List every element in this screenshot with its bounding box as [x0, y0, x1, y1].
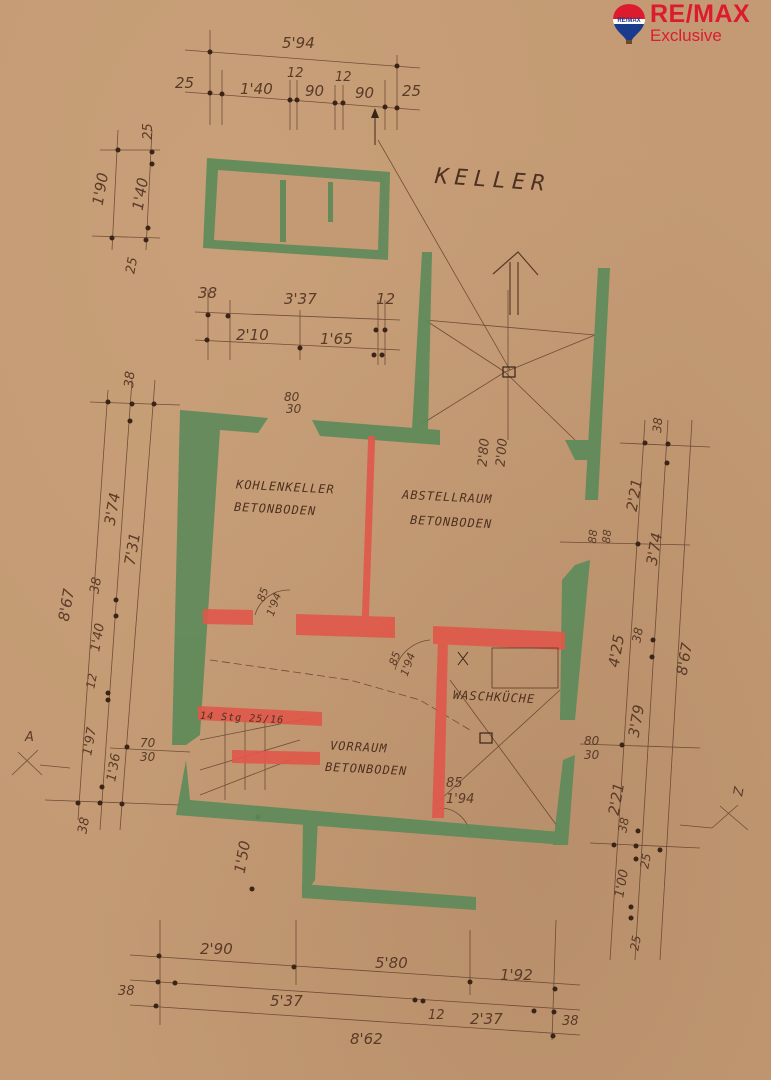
- dim-mid-4: 2'10: [236, 326, 269, 344]
- dim-top-6: 90: [355, 84, 374, 102]
- dim-right-window-bot-w: 80: [584, 734, 599, 748]
- dim-bottom-r1-2: 5'80: [375, 954, 408, 972]
- dim-top-2: 1'40: [240, 80, 273, 98]
- dim-mid-2: 3'37: [284, 290, 317, 308]
- dim-bottom-r2-1: 38: [118, 984, 135, 999]
- dim-left-8: 38: [75, 816, 93, 835]
- dim-left-3: 38: [87, 576, 105, 595]
- brand-subtitle: Exclusive: [650, 26, 722, 46]
- dim-right-1: 38: [650, 417, 665, 433]
- dim-annex-4: 25: [123, 256, 141, 275]
- svg-text:RE/MAX: RE/MAX: [617, 18, 640, 24]
- dim-mid-5: 1'65: [320, 330, 353, 348]
- dim-bottom-r2-5: 38: [562, 1014, 579, 1029]
- dim-right-window-bot-h: 30: [584, 748, 599, 762]
- dim-top-7: 25: [402, 82, 421, 100]
- dim-top-4: 90: [305, 82, 324, 100]
- dim-door-top-h: 30: [286, 402, 301, 416]
- brand-name: RE/MAX: [650, 0, 750, 29]
- dim-mid-3: 12: [376, 290, 395, 308]
- dim-top-overall: 5'94: [282, 34, 315, 52]
- room-name-vorraum: VORRAUM: [330, 739, 388, 756]
- dim-bottom-r1-1: 2'90: [200, 940, 233, 958]
- dim-right-5: 38: [629, 626, 645, 643]
- dim-right-window-top-w: 88: [586, 529, 600, 544]
- dim-right-window-top-h: 88: [600, 529, 614, 544]
- dim-left-5: 12: [83, 672, 99, 689]
- dim-left-window-w: 70: [140, 736, 155, 750]
- dim-door-wasch-w: 85: [446, 776, 463, 791]
- dim-door-wasch-h: 1'94: [446, 792, 474, 807]
- section-mark-a: A: [25, 730, 34, 745]
- dim-top-1: 25: [175, 74, 194, 92]
- dim-right-11: 25: [627, 934, 643, 951]
- dim-bottom-r2-3: 12: [428, 1008, 445, 1023]
- balloon-icon: RE/MAX: [612, 2, 646, 46]
- dim-top-3: 12: [287, 66, 304, 81]
- dim-bottom-overall: 8'62: [350, 1030, 383, 1048]
- dim-opening-h: 2'00: [493, 438, 510, 468]
- remax-logo: RE/MAX RE/MAX Exclusive: [612, 2, 771, 46]
- dim-right-8: 38: [615, 816, 631, 833]
- dim-opening-w: 2'80: [475, 438, 492, 468]
- dim-annex-1: 25: [141, 123, 156, 140]
- dim-bottom-r2-2: 5'37: [270, 992, 303, 1010]
- dim-right-9: 25: [637, 852, 653, 869]
- dim-bottom-r2-4: 2'37: [470, 1010, 503, 1028]
- dim-mid-1: 38: [198, 284, 217, 302]
- dim-bottom-r1-3: 1'92: [500, 966, 533, 984]
- dim-left-1: 38: [122, 371, 138, 389]
- dim-left-window-h: 30: [140, 750, 155, 764]
- dim-top-5: 12: [335, 70, 352, 85]
